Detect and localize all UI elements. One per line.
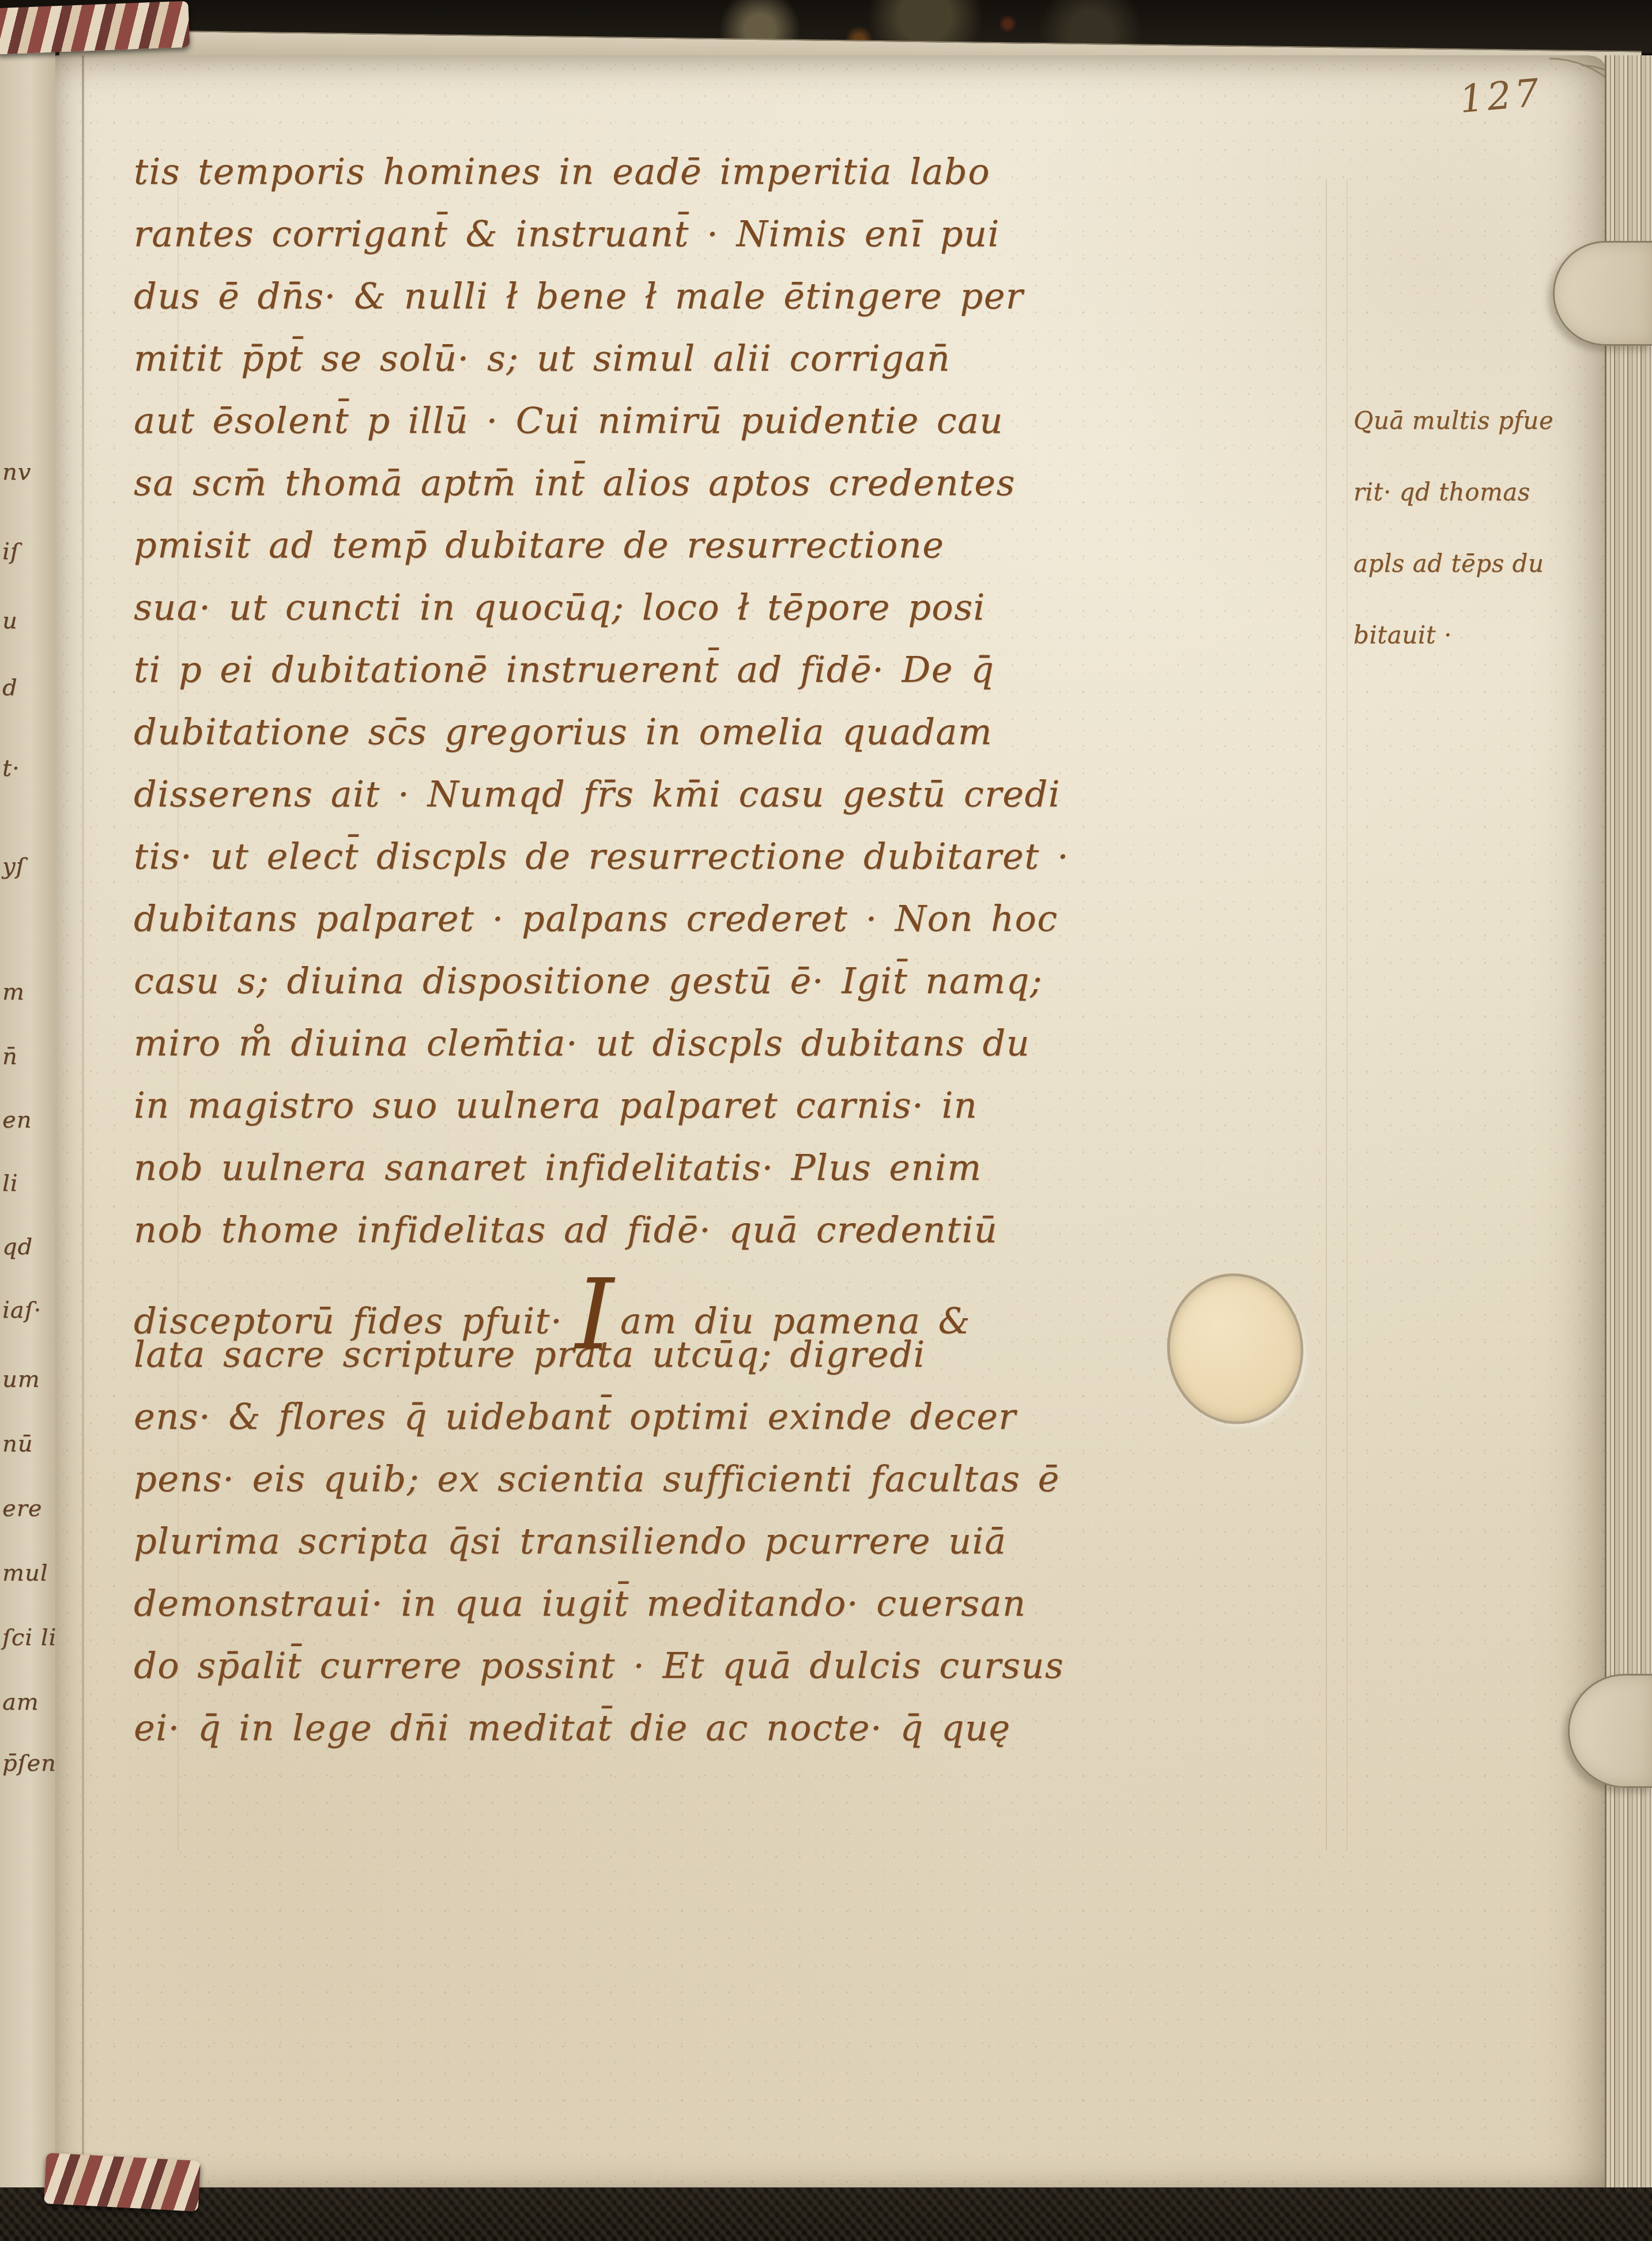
left-leaf-fore-edge: nv iſ u d t· yſ m n̄ en li qd iaſ· um nū… xyxy=(0,45,59,2190)
text-line: casu s; diuina dispositione gestū ē· Igi… xyxy=(134,950,1275,1012)
edge-text-fragment: iaſ· xyxy=(2,1297,42,1323)
ruling-line-right xyxy=(1326,179,1327,1851)
endband-bottom xyxy=(44,2153,201,2212)
text-line: plurima scripta q̄si transiliendo pcurre… xyxy=(134,1510,1275,1572)
dark-backdrop-bottom xyxy=(0,2187,1652,2241)
text-line: tis temporis homines in eadē imperitia l… xyxy=(134,141,1275,203)
edge-text-fragment: qd xyxy=(2,1233,33,1260)
margin-gloss-line: bitauit · xyxy=(1353,599,1601,671)
right-fore-edge xyxy=(1605,55,1652,2189)
text-line: ei· q̄ in lege dn̄i meditat̄ die ac noct… xyxy=(134,1697,1275,1759)
text-line: aut ēsolent̄ p illū · Cui nimirū puident… xyxy=(134,390,1275,452)
text-line: ens· & flores q̄ uidebant̄ optimi exinde… xyxy=(134,1386,1275,1448)
text-line: nob thome infidelitas ad fidē· quā crede… xyxy=(134,1199,1275,1261)
edge-text-fragment: am xyxy=(2,1689,39,1715)
edge-text-fragment: iſ xyxy=(2,538,20,565)
margin-gloss-line: rit· qd thomas xyxy=(1353,456,1601,528)
parchment-tab-upper xyxy=(1553,241,1652,346)
main-text-block: tis temporis homines in eadē imperitia l… xyxy=(134,141,1275,1759)
margin-gloss-line: apls ad tēps du xyxy=(1353,528,1601,599)
text-line: rantes corrigant̄ & instruant̄ · Nimis e… xyxy=(134,203,1275,265)
edge-text-fragment: nv xyxy=(2,459,31,485)
margin-gloss: Quā multis pfue rit· qd thomas apls ad t… xyxy=(1353,385,1601,671)
edge-text-fragment: mul xyxy=(2,1560,48,1586)
edge-text-fragment: ſci li xyxy=(2,1624,56,1651)
text-line: mitit p̄pt̄ se solū· s; ut simul alii co… xyxy=(134,327,1275,390)
edge-text-fragment: ere xyxy=(2,1495,42,1522)
text-line: do sp̄alit̄ currere possint · Et quā dul… xyxy=(134,1635,1275,1697)
edge-text-fragment: p̄ſen xyxy=(2,1750,56,1776)
folio-number: 127 xyxy=(1458,70,1544,122)
text-line: pmisit ad temp̄ dubitare de resurrection… xyxy=(134,514,1275,576)
text-line-with-initial: disceptorū fides pfuit·Iam diu pamena & xyxy=(134,1261,1275,1323)
edge-text-fragment: n̄ xyxy=(2,1043,18,1070)
decorated-initial-I: I xyxy=(575,1276,614,1353)
page-crease xyxy=(82,55,84,2191)
edge-text-fragment: m xyxy=(2,979,25,1005)
text-line: sua· ut cuncti in quocūq; loco ł tēpore … xyxy=(134,576,1275,639)
text-line: lata sacre scripture prata utcūq; digred… xyxy=(134,1323,1275,1386)
text-line: dubitatione sc̄s gregorius in omelia qua… xyxy=(134,701,1275,763)
endband-top xyxy=(0,1,190,55)
margin-gloss-line: Quā multis pfue xyxy=(1353,385,1601,456)
edge-text-fragment: u xyxy=(2,608,18,634)
ruling-line-right-outer xyxy=(1347,179,1348,1851)
text-line: ti p ei dubitationē instruerent̄ ad fidē… xyxy=(134,639,1275,701)
text-line: dubitans palparet · palpans crederet · N… xyxy=(134,888,1275,950)
edge-text-fragment: li xyxy=(2,1170,18,1197)
text-line: nob uulnera sanaret infidelitatis· Plus … xyxy=(134,1137,1275,1199)
text-line: disserens ait · Numqd fr̄s km̄i casu ges… xyxy=(134,763,1275,825)
text-line: demonstraui· in qua iugit̄ meditando· cu… xyxy=(134,1572,1275,1635)
manuscript-photo: nv iſ u d t· yſ m n̄ en li qd iaſ· um nū… xyxy=(0,0,1652,2241)
edge-text-fragment: t· xyxy=(2,755,20,782)
text-line: tis· ut elect̄ discpls de resurrectione … xyxy=(134,825,1275,888)
edge-text-fragment: d xyxy=(2,674,18,701)
text-line: miro m̊ diuina clem̄tia· ut discpls dubi… xyxy=(134,1012,1275,1074)
edge-text-fragment: nū xyxy=(2,1431,33,1457)
text-line: dus ē dn̄s· & nulli ł bene ł male ētinge… xyxy=(134,265,1275,327)
edge-text-fragment: yſ xyxy=(2,853,25,880)
edge-text-fragment: um xyxy=(2,1366,40,1393)
text-line: pens· eis quib; ex scientia sufficienti … xyxy=(134,1448,1275,1510)
text-line: sa scm̄ thomā aptm̄ int̄ alios aptos cre… xyxy=(134,452,1275,514)
text-line: in magistro suo uulnera palparet carnis·… xyxy=(134,1074,1275,1137)
edge-text-fragment: en xyxy=(2,1107,32,1133)
